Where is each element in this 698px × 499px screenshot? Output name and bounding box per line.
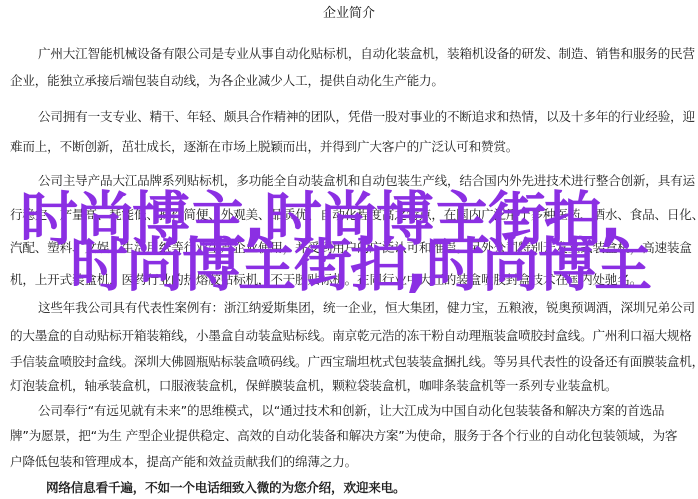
paragraph-2-line-2: 难而上，不断创新，茁壮成长，逐渐在市场上脱颖而出，并得到广大客户的广泛认可和赞赏… — [10, 139, 518, 155]
closing-call-to-action: 网络信息看千遍，不如一个电话细致入微的为您介绍，欢迎来电。 — [46, 480, 405, 496]
watermark-overlay-line-2: 时尚博主街拍,时尚博主 — [70, 236, 650, 294]
paragraph-4-line-1: 这些年我公司具有代表性案例有：浙江纳爱斯集团，统一企业，恒大集团，健力宝，五粮液… — [38, 300, 695, 316]
paragraph-1-line-1: 广州大江智能机械设备有限公司是专业从事自动化贴标机，自动化装盒机，装箱机设备的研… — [38, 46, 695, 62]
paragraph-4-line-3: 手信装盒喷胶封盒线。深圳大佛圆瓶贴标装盒喷码线。广西宝瑞坦枕式包装装盒捆扎线。等… — [10, 354, 698, 370]
paragraph-4-line-2: 的大墨盒的自动贴标开箱装箱线，小墨盒自动装盒贴标线。南京乾元浩的冻干粉自动理瓶装… — [10, 328, 692, 344]
paragraph-2-line-1: 公司拥有一支专业、精干、年轻、颇具合作精神的团队，凭借一股对事业的不断追求和热情… — [38, 109, 695, 125]
paragraph-5-line-1: 公司奉行“有远见就有未来”的思维模式，以“通过技术和创新，让大江成为中国自动化包… — [38, 403, 664, 419]
page-title: 企业简介 — [0, 6, 698, 22]
paragraph-5-line-3: 户降低包装和管理成本，提高产能和效益贡献我们的绵薄之力。 — [10, 454, 357, 470]
paragraph-5-line-2: 牌”为愿景，把“为生 产型企业提供稳定、高效的自动化装备和解决方案”为使命，服务… — [10, 428, 677, 444]
paragraph-1-line-2: 企业，能独立承接后端包装自动线，为各企业减少人工，提供自动化生产能力。 — [10, 73, 444, 89]
paragraph-4-line-4: 灯泡装盒机，轴承装盒机，口服液装盒机，保鲜膜装盒机，颗粒袋装盒机，咖啡条装盒机等… — [10, 378, 617, 394]
